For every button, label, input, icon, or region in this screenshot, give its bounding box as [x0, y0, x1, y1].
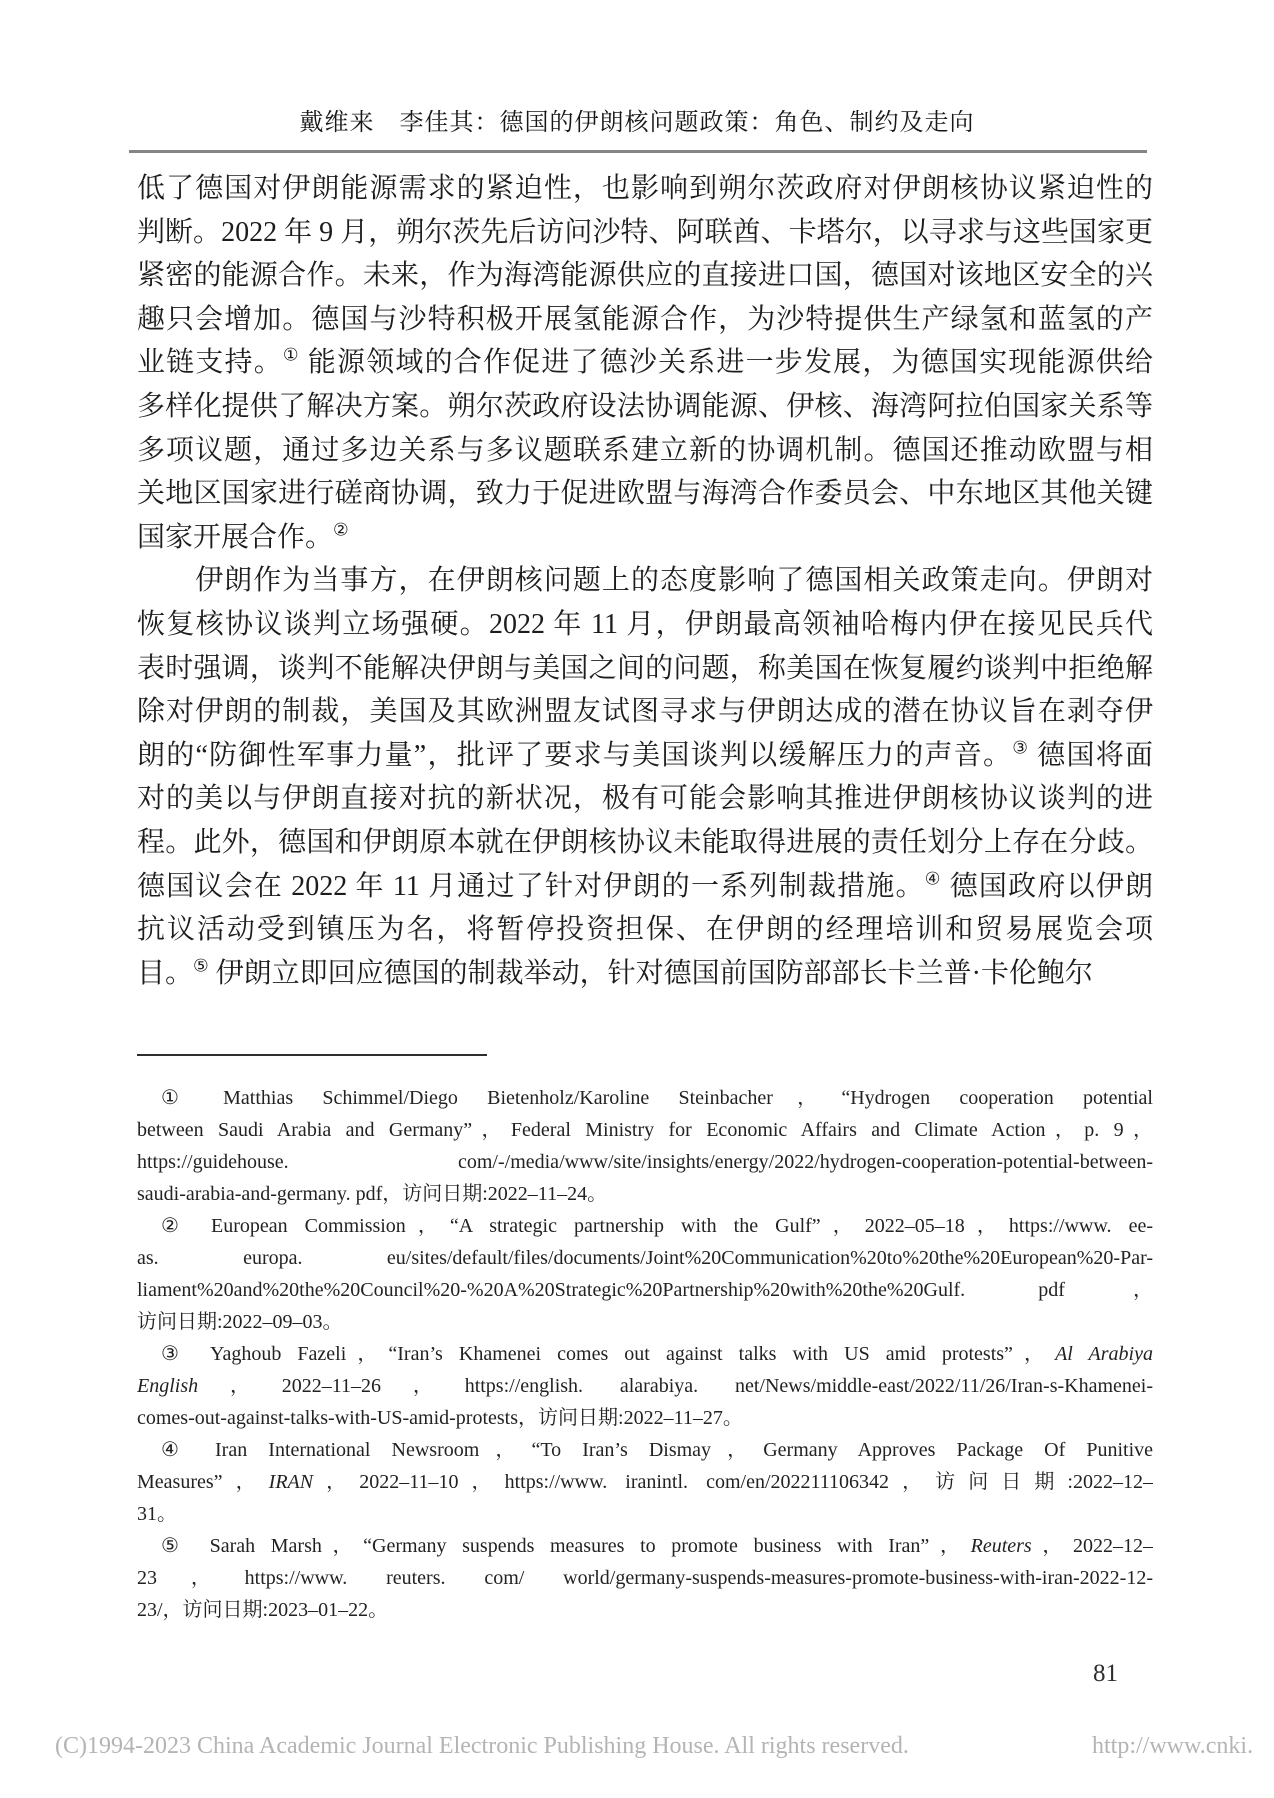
footnote-divider [137, 1054, 487, 1056]
paragraph-2: 伊朗作为当事方，在伊朗核问题上的态度影响了德国相关政策走向。伊朗对恢复核协议谈判… [137, 559, 1153, 995]
page-number: 81 [1093, 1660, 1118, 1688]
footnotes: ① Matthias Schimmel/Diego Bietenholz/Kar… [137, 1082, 1153, 1626]
footnote-4: ④ Iran International Newsroom，“To Iran’s… [137, 1434, 1153, 1530]
footer-copyright: (C)1994-2023 China Academic Journal Elec… [55, 1733, 909, 1760]
body-text: 低了德国对伊朗能源需求的紧迫性，也影响到朔尔茨政府对伊朗核协议紧迫性的判断。20… [137, 167, 1153, 995]
running-title: 戴维来 李佳其：德国的伊朗核问题政策：角色、制约及走向 [0, 102, 1274, 137]
footer-url: http://www.cnki. [1092, 1733, 1253, 1760]
footnote-5: ⑤ Sarah Marsh，“Germany suspends measures… [137, 1530, 1153, 1626]
paragraph-1: 低了德国对伊朗能源需求的紧迫性，也影响到朔尔茨政府对伊朗核协议紧迫性的判断。20… [137, 167, 1153, 559]
paper-page: 戴维来 李佳其：德国的伊朗核问题政策：角色、制约及走向 低了德国对伊朗能源需求的… [0, 0, 1274, 1798]
header-divider [129, 150, 1147, 153]
footnote-3: ③ Yaghoub Fazeli，“Iran’s Khamenei comes … [137, 1338, 1153, 1434]
footnote-1: ① Matthias Schimmel/Diego Bietenholz/Kar… [137, 1082, 1153, 1210]
footnote-2: ② European Commission，“A strategic partn… [137, 1210, 1153, 1338]
